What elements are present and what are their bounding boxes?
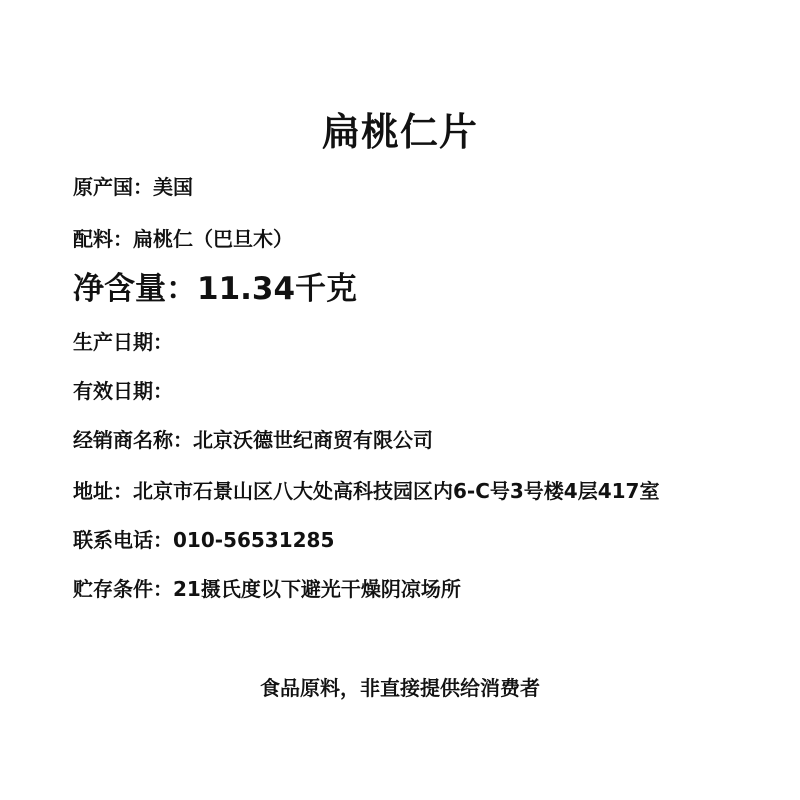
field-distributor-label: 经销商名称： xyxy=(73,428,193,452)
field-phone: 联系电话：010-56531285 xyxy=(73,527,334,553)
field-origin-label: 原产国： xyxy=(73,175,153,199)
field-origin-value: 美国 xyxy=(153,175,193,199)
field-origin: 原产国：美国 xyxy=(73,174,193,200)
field-ingredients: 配料：扁桃仁（巴旦木） xyxy=(73,226,293,252)
field-address-label: 地址： xyxy=(73,479,133,503)
field-ingredients-label: 配料： xyxy=(73,227,133,251)
field-storage-label: 贮存条件： xyxy=(73,577,173,601)
field-distributor: 经销商名称：北京沃德世纪商贸有限公司 xyxy=(73,427,433,453)
field-address-value: 北京市石景山区八大处高科技园区内6-C号3号楼4层417室 xyxy=(133,479,659,503)
field-expiry-date: 有效日期： xyxy=(73,378,173,404)
field-phone-value: 010-56531285 xyxy=(173,528,334,552)
field-production-date: 生产日期： xyxy=(73,329,173,355)
field-storage: 贮存条件：21摄氏度以下避光干燥阴凉场所 xyxy=(73,576,461,602)
field-expiry-date-label: 有效日期： xyxy=(73,379,173,403)
field-ingredients-value: 扁桃仁（巴旦木） xyxy=(133,227,293,251)
field-net-weight: 净含量：11.34千克 xyxy=(73,270,357,308)
product-title: 扁桃仁片 xyxy=(0,108,800,156)
field-distributor-value: 北京沃德世纪商贸有限公司 xyxy=(193,428,433,452)
footer-note: 食品原料，非直接提供给消费者 xyxy=(0,675,800,701)
field-net-weight-label: 净含量： xyxy=(73,271,197,307)
field-storage-value: 21摄氏度以下避光干燥阴凉场所 xyxy=(173,577,461,601)
field-address: 地址：北京市石景山区八大处高科技园区内6-C号3号楼4层417室 xyxy=(73,478,659,504)
field-phone-label: 联系电话： xyxy=(73,528,173,552)
field-net-weight-value: 11.34千克 xyxy=(197,271,357,307)
field-production-date-label: 生产日期： xyxy=(73,330,173,354)
